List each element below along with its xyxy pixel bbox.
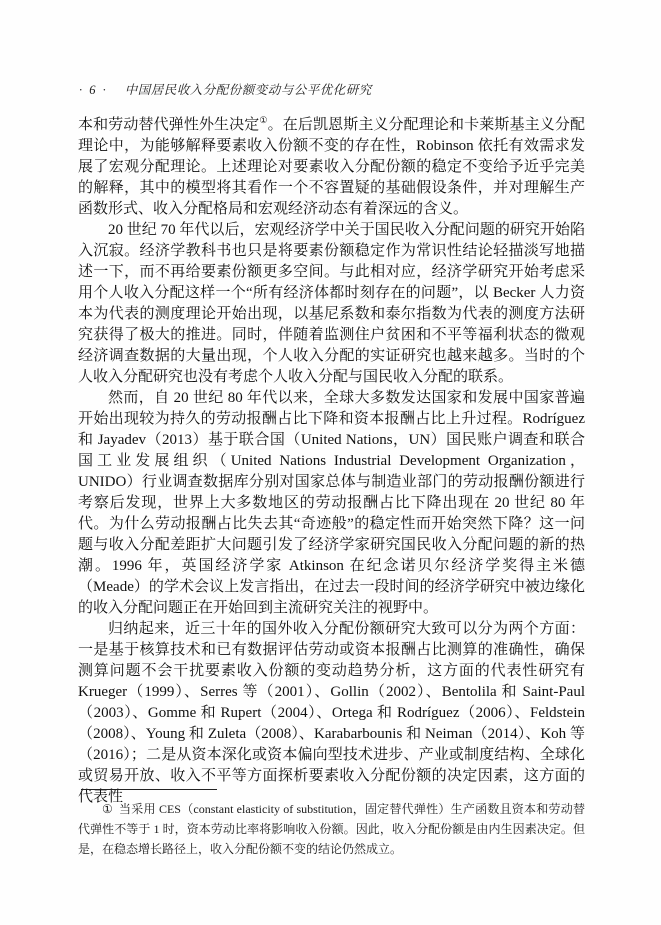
body-text: 本和劳动替代弹性外生决定①。在后凯恩斯主义分配理论和卡莱斯基主义分配理论中，为能…: [78, 115, 585, 808]
paragraph: 然而，自 20 世纪 80 年代以来，全球大多数发达国家和发展中国家普遍开始出现…: [78, 388, 585, 619]
paragraph: 20 世纪 70 年代以后，宏观经济学中关于国民收入分配问题的研究开始陷入沉寂。…: [78, 220, 585, 388]
footnote-reference: ①: [259, 115, 267, 125]
running-title: 中国居民收入分配份额变动与公平优化研究: [125, 83, 372, 97]
footnote-divider: [81, 789, 217, 790]
footnote-area: ①当采用 CES（constant elasticity of substitu…: [78, 799, 585, 859]
footnote-text: 当采用 CES（constant elasticity of substitut…: [78, 802, 585, 856]
running-header: · 6 ·中国居民收入分配份额变动与公平优化研究: [79, 80, 585, 98]
footnote-paragraph: ①当采用 CES（constant elasticity of substitu…: [78, 799, 585, 859]
footnote-marker: ①: [102, 802, 113, 816]
paragraph: 归纳起来，近三十年的国外收入分配份额研究大致可以分为两个方面：一是基于核算技术和…: [78, 619, 585, 808]
paragraph: 本和劳动替代弹性外生决定①。在后凯恩斯主义分配理论和卡莱斯基主义分配理论中，为能…: [78, 115, 585, 220]
page-number: · 6 ·: [79, 83, 108, 97]
document-page: · 6 ·中国居民收入分配份额变动与公平优化研究 本和劳动替代弹性外生决定①。在…: [0, 0, 661, 925]
